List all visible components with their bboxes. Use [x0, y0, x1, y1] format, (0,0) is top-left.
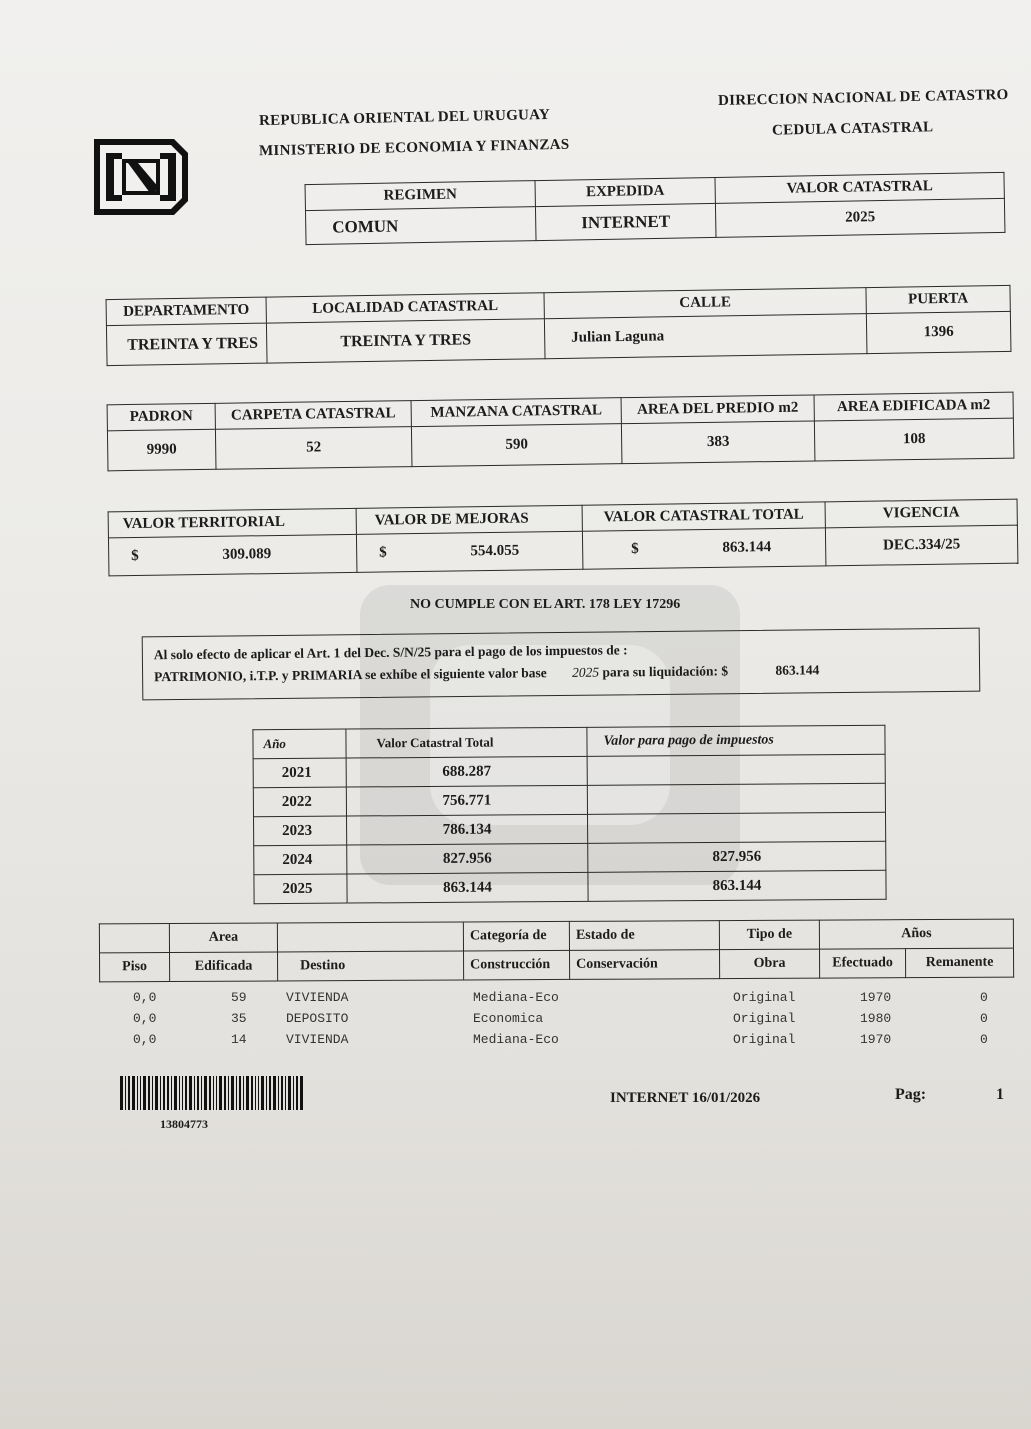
cedula-catastral-document: REPUBLICA ORIENTAL DEL URUGUAY MINISTERI… [0, 0, 1031, 1429]
header-anos: Años [819, 919, 1013, 949]
building-destino: VIVIENDA [286, 990, 348, 1005]
building-destino: VIVIENDA [286, 1032, 348, 1047]
history-year: 2021 [253, 758, 346, 788]
header-expedida: EXPEDIDA [535, 177, 715, 206]
header-construccion: Construcción [464, 950, 570, 980]
header-area-edificada: AREA EDIFICADA m2 [814, 392, 1013, 421]
valor-mejoras-value: 554.055 [390, 543, 519, 561]
header-direccion: DIRECCION NACIONAL DE CATASTRO [718, 87, 1009, 110]
valor-catastral-year: 2025 [715, 198, 1005, 237]
issued-date: INTERNET 16/01/2026 [610, 1090, 760, 1107]
parcel-table: PADRON CARPETA CATASTRAL MANZANA CATASTR… [107, 392, 1015, 472]
building-categoria: Mediana-Eco [473, 1032, 559, 1047]
building-remanente: 0 [980, 990, 988, 1005]
building-area: 35 [231, 1011, 247, 1026]
history-row: 2021688.287 [253, 754, 885, 787]
valor-territorial-value: 309.089 [142, 546, 271, 564]
building-obra: Original [733, 1032, 795, 1047]
history-year: 2022 [253, 787, 346, 817]
carpeta-value: 52 [215, 427, 412, 470]
valor-total-value: 863.144 [642, 539, 771, 557]
header-valor-catastral-total: Valor Catastral Total [346, 727, 587, 758]
building-efectuado: 1970 [860, 990, 891, 1005]
header-padron: PADRON [107, 403, 215, 431]
puerta-value: 1396 [866, 311, 1011, 353]
page-number: 1 [996, 1086, 1004, 1104]
dnc-logo-icon [92, 137, 190, 217]
header-valor-pago-impuestos: Valor para pago de impuestos [587, 725, 885, 756]
header-estado: Estado de [569, 921, 719, 951]
header-cedula: CEDULA CATASTRAL [772, 119, 934, 139]
header-area: Area [169, 923, 277, 953]
calle-value: Julian Laguna [544, 314, 867, 359]
header-area-predio: AREA DEL PREDIO m2 [621, 395, 814, 424]
tax-box-prefix: PATRIMONIO, i.T.P. y PRIMARIA se exhíbe … [154, 665, 547, 684]
building-area: 14 [231, 1032, 247, 1047]
history-total: 786.134 [347, 814, 588, 845]
building-destino: DEPOSITO [286, 1011, 348, 1026]
regimen-table: REGIMEN EXPEDIDA VALOR CATASTRAL COMUN I… [305, 172, 1006, 245]
history-tax [587, 812, 885, 843]
header-efectuado: Efectuado [819, 949, 905, 978]
header-destino: Destino [278, 951, 464, 981]
vigencia-value: DEC.334/25 [825, 525, 1018, 566]
history-year: 2025 [254, 874, 347, 904]
tax-box-suffix: para su liquidación: $ [602, 663, 728, 679]
barcode-number: 13804773 [160, 1117, 208, 1132]
building-efectuado: 1980 [860, 1011, 891, 1026]
departamento-value: TREINTA Y TRES [106, 323, 267, 366]
building-row: 0,014VIVIENDAMediana-EcoOriginal19700 [0, 1032, 1031, 1053]
header-ministerio: MINISTERIO DE ECONOMIA Y FINANZAS [259, 137, 570, 160]
tax-box-year: 2025 [572, 665, 599, 680]
building-remanente: 0 [980, 1011, 988, 1026]
valor-territorial-cell: $ 309.089 [108, 534, 357, 575]
building-piso: 0,0 [133, 990, 156, 1005]
currency-symbol: $ [365, 544, 387, 560]
header-valor-total: VALOR CATASTRAL TOTAL [582, 502, 825, 531]
location-table: DEPARTAMENTO LOCALIDAD CATASTRAL CALLE P… [106, 285, 1012, 366]
history-row: 2023786.134 [254, 812, 886, 845]
history-row: 2022756.771 [253, 783, 885, 816]
manzana-value: 590 [411, 424, 622, 467]
tax-box-amount: 863.144 [775, 662, 819, 677]
padron-value: 9990 [107, 429, 216, 471]
header-edificada: Edificada [170, 952, 278, 982]
header-carpeta: CARPETA CATASTRAL [215, 401, 411, 430]
history-table: Año Valor Catastral Total Valor para pag… [252, 725, 886, 904]
header-puerta: PUERTA [866, 285, 1010, 313]
compliance-notice: NO CUMPLE CON EL ART. 178 LEY 17296 [410, 597, 680, 613]
building-categoria: Economica [473, 1011, 543, 1026]
buildings-table: Area Categoría de Estado de Tipo de Años… [99, 919, 1014, 983]
building-piso: 0,0 [133, 1011, 156, 1026]
barcode [120, 1076, 356, 1110]
history-total: 863.144 [347, 872, 588, 903]
header-top-blank [99, 924, 169, 953]
building-piso: 0,0 [133, 1032, 156, 1047]
valor-mejoras-cell: $ 554.055 [356, 531, 583, 572]
header-valor-territorial: VALOR TERRITORIAL [108, 508, 356, 537]
history-tax [587, 783, 885, 814]
header-obra: Obra [719, 949, 819, 979]
building-obra: Original [733, 990, 795, 1005]
header-categoria: Categoría de [463, 921, 569, 951]
header-vigencia: VIGENCIA [825, 499, 1017, 528]
building-categoria: Mediana-Eco [473, 990, 559, 1005]
tax-base-box: Al solo efecto de aplicar el Art. 1 del … [142, 628, 981, 701]
header-ano: Año [253, 729, 346, 759]
regimen-value: COMUN [305, 207, 536, 245]
history-tax: 827.956 [588, 841, 886, 872]
history-total: 756.771 [346, 785, 587, 816]
history-year: 2024 [254, 845, 347, 875]
header-remanente: Remanente [905, 948, 1013, 978]
history-total: 827.956 [347, 843, 588, 874]
building-efectuado: 1970 [860, 1032, 891, 1047]
header-manzana: MANZANA CATASTRAL [411, 398, 621, 427]
history-year: 2023 [254, 816, 347, 846]
header-regimen: REGIMEN [305, 181, 535, 211]
history-row: 2024827.956827.956 [254, 841, 886, 874]
localidad-value: TREINTA Y TRES [266, 319, 545, 363]
building-row: 0,035DEPOSITOEconomicaOriginal19800 [0, 1011, 1031, 1032]
header-top-blank [277, 922, 463, 952]
valor-total-cell: $ 863.144 [582, 528, 826, 569]
header-tipo: Tipo de [719, 920, 819, 950]
building-row: 0,059VIVIENDAMediana-EcoOriginal19700 [0, 990, 1031, 1011]
header-departamento: DEPARTAMENTO [106, 297, 266, 326]
area-predio-value: 383 [621, 421, 815, 464]
header-valor-mejoras: VALOR DE MEJORAS [356, 505, 582, 534]
expedida-value: INTERNET [535, 203, 716, 240]
currency-symbol: $ [591, 541, 639, 558]
building-area: 59 [231, 990, 247, 1005]
header-republica: REPUBLICA ORIENTAL DEL URUGUAY [259, 107, 550, 130]
header-conservacion: Conservación [569, 950, 719, 980]
page-label: Pag: [895, 1086, 926, 1104]
history-tax [587, 754, 885, 785]
history-tax: 863.144 [588, 870, 886, 901]
value-table: VALOR TERRITORIAL VALOR DE MEJORAS VALOR… [108, 499, 1019, 577]
history-total: 688.287 [346, 756, 587, 787]
area-edificada-value: 108 [814, 418, 1014, 461]
header-piso: Piso [100, 953, 170, 982]
building-remanente: 0 [980, 1032, 988, 1047]
building-obra: Original [733, 1011, 795, 1026]
currency-symbol: $ [117, 548, 139, 564]
history-row: 2025863.144863.144 [254, 870, 886, 903]
